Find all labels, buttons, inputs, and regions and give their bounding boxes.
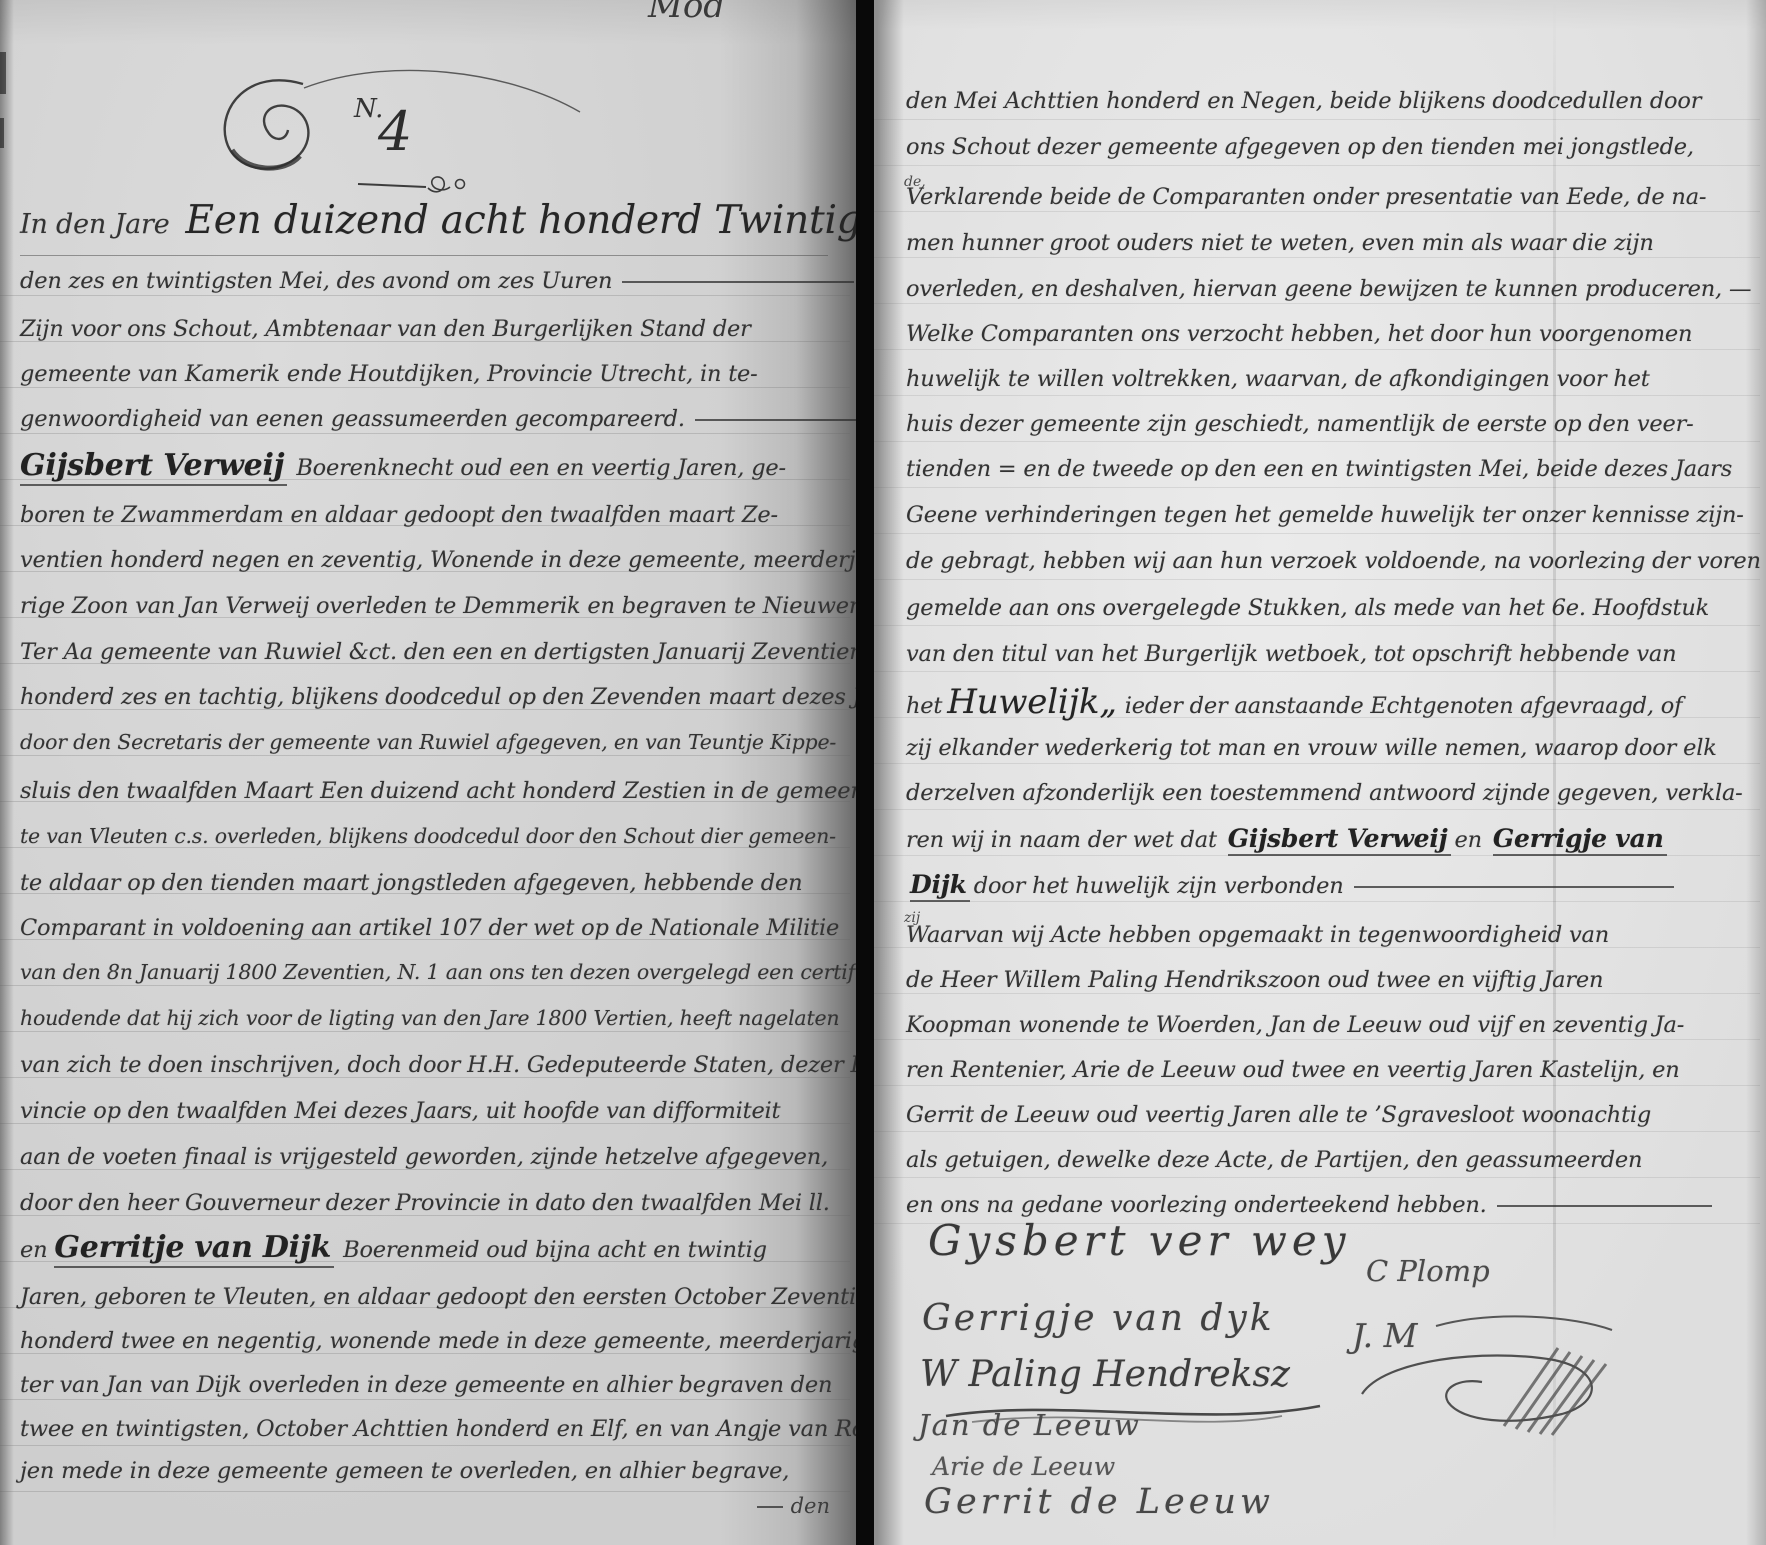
manuscript-line: men hunner groot ouders niet te weten, e… [906, 230, 1654, 256]
line-text: Boerenmeid oud bijna acht en twintig [343, 1237, 767, 1263]
signature-official-plomp: C Plomp [1366, 1254, 1490, 1288]
manuscript-line: ons Schout dezer gemeente afgegeven op d… [906, 134, 1694, 160]
manuscript-line: genwoordigheid van eenen geassumeerden g… [20, 406, 856, 432]
manuscript-line-declaration: ren wij in naam der wet dat Gijsbert Ver… [906, 824, 1671, 853]
manuscript-line: Waarvan wij Acte hebben opgemaakt in teg… [906, 922, 1609, 948]
manuscript-line: den Mei Achttien honderd en Negen, beide… [906, 88, 1701, 114]
manuscript-line: derzelven afzonderlijk een toestemmend a… [906, 780, 1743, 806]
act-number-ornament: N. 4 [208, 64, 598, 196]
act-number-value: 4 [378, 100, 412, 163]
manuscript-line: den zes en twintigsten Mei, des avond om… [20, 268, 854, 294]
manuscript-line: twee en twintigsten, October Achttien ho… [20, 1416, 856, 1442]
manuscript-line: van den titul van het Burgerlijk wetboek… [906, 641, 1676, 667]
manuscript-line: Jaren, geboren te Vleuten, en aldaar ged… [20, 1284, 856, 1310]
line-filler-dash [1354, 886, 1674, 888]
manuscript-line: Welke Comparanten ons verzocht hebben, h… [906, 321, 1692, 347]
manuscript-line: van den 8n Januarij 1800 Zeventien, N. 1… [20, 960, 856, 984]
manuscript-line: Ter Aa gemeente van Ruwiel &ct. den een … [20, 639, 856, 665]
manuscript-line-declaration2: Dijkdoor het huwelijk zijn verbonden [906, 870, 1674, 899]
line-filler-dash [622, 281, 854, 283]
manuscript-line: houdende dat hij zich voor de ligting va… [20, 1006, 839, 1030]
bride-name: Gerritje van Dijk [54, 1230, 334, 1268]
line-text: Boerenknecht oud een en veertig Jaren, g… [296, 455, 786, 481]
manuscript-line: boren te Zwammerdam en aldaar gedoopt de… [20, 502, 778, 528]
manuscript-line: Verklarende beide de Comparanten onder p… [906, 184, 1706, 210]
manuscript-line: door den Secretaris der gemeente van Ruw… [20, 730, 836, 754]
manuscript-line: zij elkander wederkerig tot man en vrouw… [906, 735, 1717, 761]
torn-edge-mark [0, 52, 6, 94]
manuscript-line: gemeente van Kamerik ende Houtdijken, Pr… [20, 361, 758, 387]
right-page: den Mei Achttien honderd en Negen, beide… [874, 0, 1766, 1545]
manuscript-line-huwelijk: hetHuwelijk„ieder der aanstaande Echtgen… [906, 682, 1682, 722]
manuscript-line: honderd zes en tachtig, blijkens doodced… [20, 684, 856, 710]
opening-year: Een duizend acht honderd Twintig [185, 198, 856, 243]
manuscript-line: honderd twee en negentig, wonende mede i… [20, 1328, 856, 1354]
manuscript-line: vincie op den twaalfden Mei dezes Jaars,… [20, 1098, 780, 1124]
manuscript-line: ren Rentenier, Arie de Leeuw oud twee en… [906, 1057, 1680, 1083]
manuscript-line: door den heer Gouverneur dezer Provincie… [20, 1190, 830, 1216]
groom-name: Gijsbert Verweij [20, 448, 287, 486]
manuscript-line: de gebragt, hebben wij aan hun verzoek v… [906, 548, 1761, 574]
signature-bride: Gerrigje van dyk [922, 1298, 1275, 1339]
manuscript-line: ter van Jan van Dijk overleden in deze g… [20, 1372, 832, 1398]
line-filler-dash [695, 419, 856, 421]
book-gutter [856, 0, 874, 1545]
signature-witness-jan: Jan de Leeuw [918, 1408, 1141, 1442]
line-text: en [20, 1237, 47, 1263]
manuscript-line: huis dezer gemeente zijn geschiedt, name… [906, 411, 1694, 437]
manuscript-line: jen mede in deze gemeente gemeen te over… [20, 1458, 789, 1484]
torn-edge-mark [0, 118, 4, 148]
line-text: en ons na gedane voorlezing onderteekend… [906, 1192, 1487, 1218]
catchword-dash [757, 1506, 783, 1508]
manuscript-line: huwelijk te willen voltrekken, waarvan, … [906, 366, 1650, 392]
bride-name-part1: Gerrigje van [1493, 824, 1667, 856]
manuscript-line: Gerrit de Leeuw oud veertig Jaren alle t… [906, 1102, 1651, 1128]
bride-name-part2: Dijk [910, 870, 970, 902]
line-text: den zes en twintigsten Mei, des avond om… [20, 268, 612, 294]
line-text: ieder der aanstaande Echtgenoten afgevra… [1125, 693, 1683, 719]
corner-inscription: Mod [648, 0, 725, 26]
manuscript-line: aan de voeten finaal is vrijgesteld gewo… [20, 1144, 828, 1170]
line-text: genwoordigheid van eenen geassumeerden g… [20, 406, 685, 432]
manuscript-line: van zich te doen inschrijven, doch door … [20, 1052, 856, 1078]
line-text: en [1455, 827, 1482, 853]
manuscript-line: ventien honderd negen en zeventig, Wonen… [20, 547, 856, 573]
manuscript-line: rige Zoon van Jan Verweij overleden te D… [20, 593, 856, 619]
manuscript-line: Koopman wonende te Woerden, Jan de Leeuw… [906, 1012, 1684, 1038]
catchword: den [690, 1494, 830, 1518]
manuscript-line: In den JareEen duizend acht honderd Twin… [20, 198, 828, 256]
groom-name: Gijsbert Verweij [1228, 824, 1451, 856]
manuscript-line: gemelde aan ons overgelegde Stukken, als… [906, 595, 1709, 621]
signature-groom: Gysbert ver wey [928, 1216, 1350, 1265]
manuscript-line: sluis den twaalfden Maart Een duizend ac… [20, 778, 856, 804]
signature-witness-arie: Arie de Leeuw [932, 1452, 1115, 1481]
manuscript-line: Comparant in voldoening aan artikel 107 … [20, 915, 839, 941]
catchword-text: den [791, 1494, 830, 1518]
manuscript-line: als getuigen, dewelke deze Acte, de Part… [906, 1147, 1642, 1173]
manuscript-line: overleden, en deshalven, hiervan geene b… [906, 276, 1751, 302]
signature-witness-paling: W Paling Hendreksz [920, 1354, 1290, 1395]
manuscript-line: tienden = en de tweede op den een en twi… [906, 456, 1732, 482]
signature-witness-gerrit: Gerrit de Leeuw [924, 1482, 1274, 1522]
line-text: door het huwelijk zijn verbonden [974, 873, 1344, 899]
line-filler-dash [1497, 1205, 1712, 1207]
left-page: Mod N. 4 In den JareEen duizend acht hon… [0, 0, 856, 1545]
line-text: het [906, 693, 942, 719]
manuscript-line: de Heer Willem Paling Hendrikszoon oud t… [906, 967, 1603, 993]
manuscript-line-bride: en Gerritje van DijkBoerenmeid oud bijna… [20, 1230, 767, 1265]
manuscript-line-groom: Gijsbert VerweijBoerenknecht oud een en … [20, 448, 786, 483]
signature-paraph-icon [1344, 1308, 1634, 1438]
opening-phrase: In den Jare [20, 209, 169, 240]
manuscript-line: te aldaar op den tienden maart jongstled… [20, 870, 802, 896]
manuscript-line: te van Vleuten c.s. overleden, blijkens … [20, 824, 836, 848]
huwelijk-word: Huwelijk„ [947, 682, 1116, 722]
manuscript-line: Geene verhinderingen tegen het gemelde h… [906, 502, 1744, 528]
manuscript-line: en ons na gedane voorlezing onderteekend… [906, 1192, 1712, 1218]
line-text: ren wij in naam der wet dat [906, 827, 1217, 853]
manuscript-line: Zijn voor ons Schout, Ambtenaar van den … [20, 316, 751, 342]
marriage-act-scan: Mod N. 4 In den JareEen duizend acht hon… [0, 0, 1766, 1545]
